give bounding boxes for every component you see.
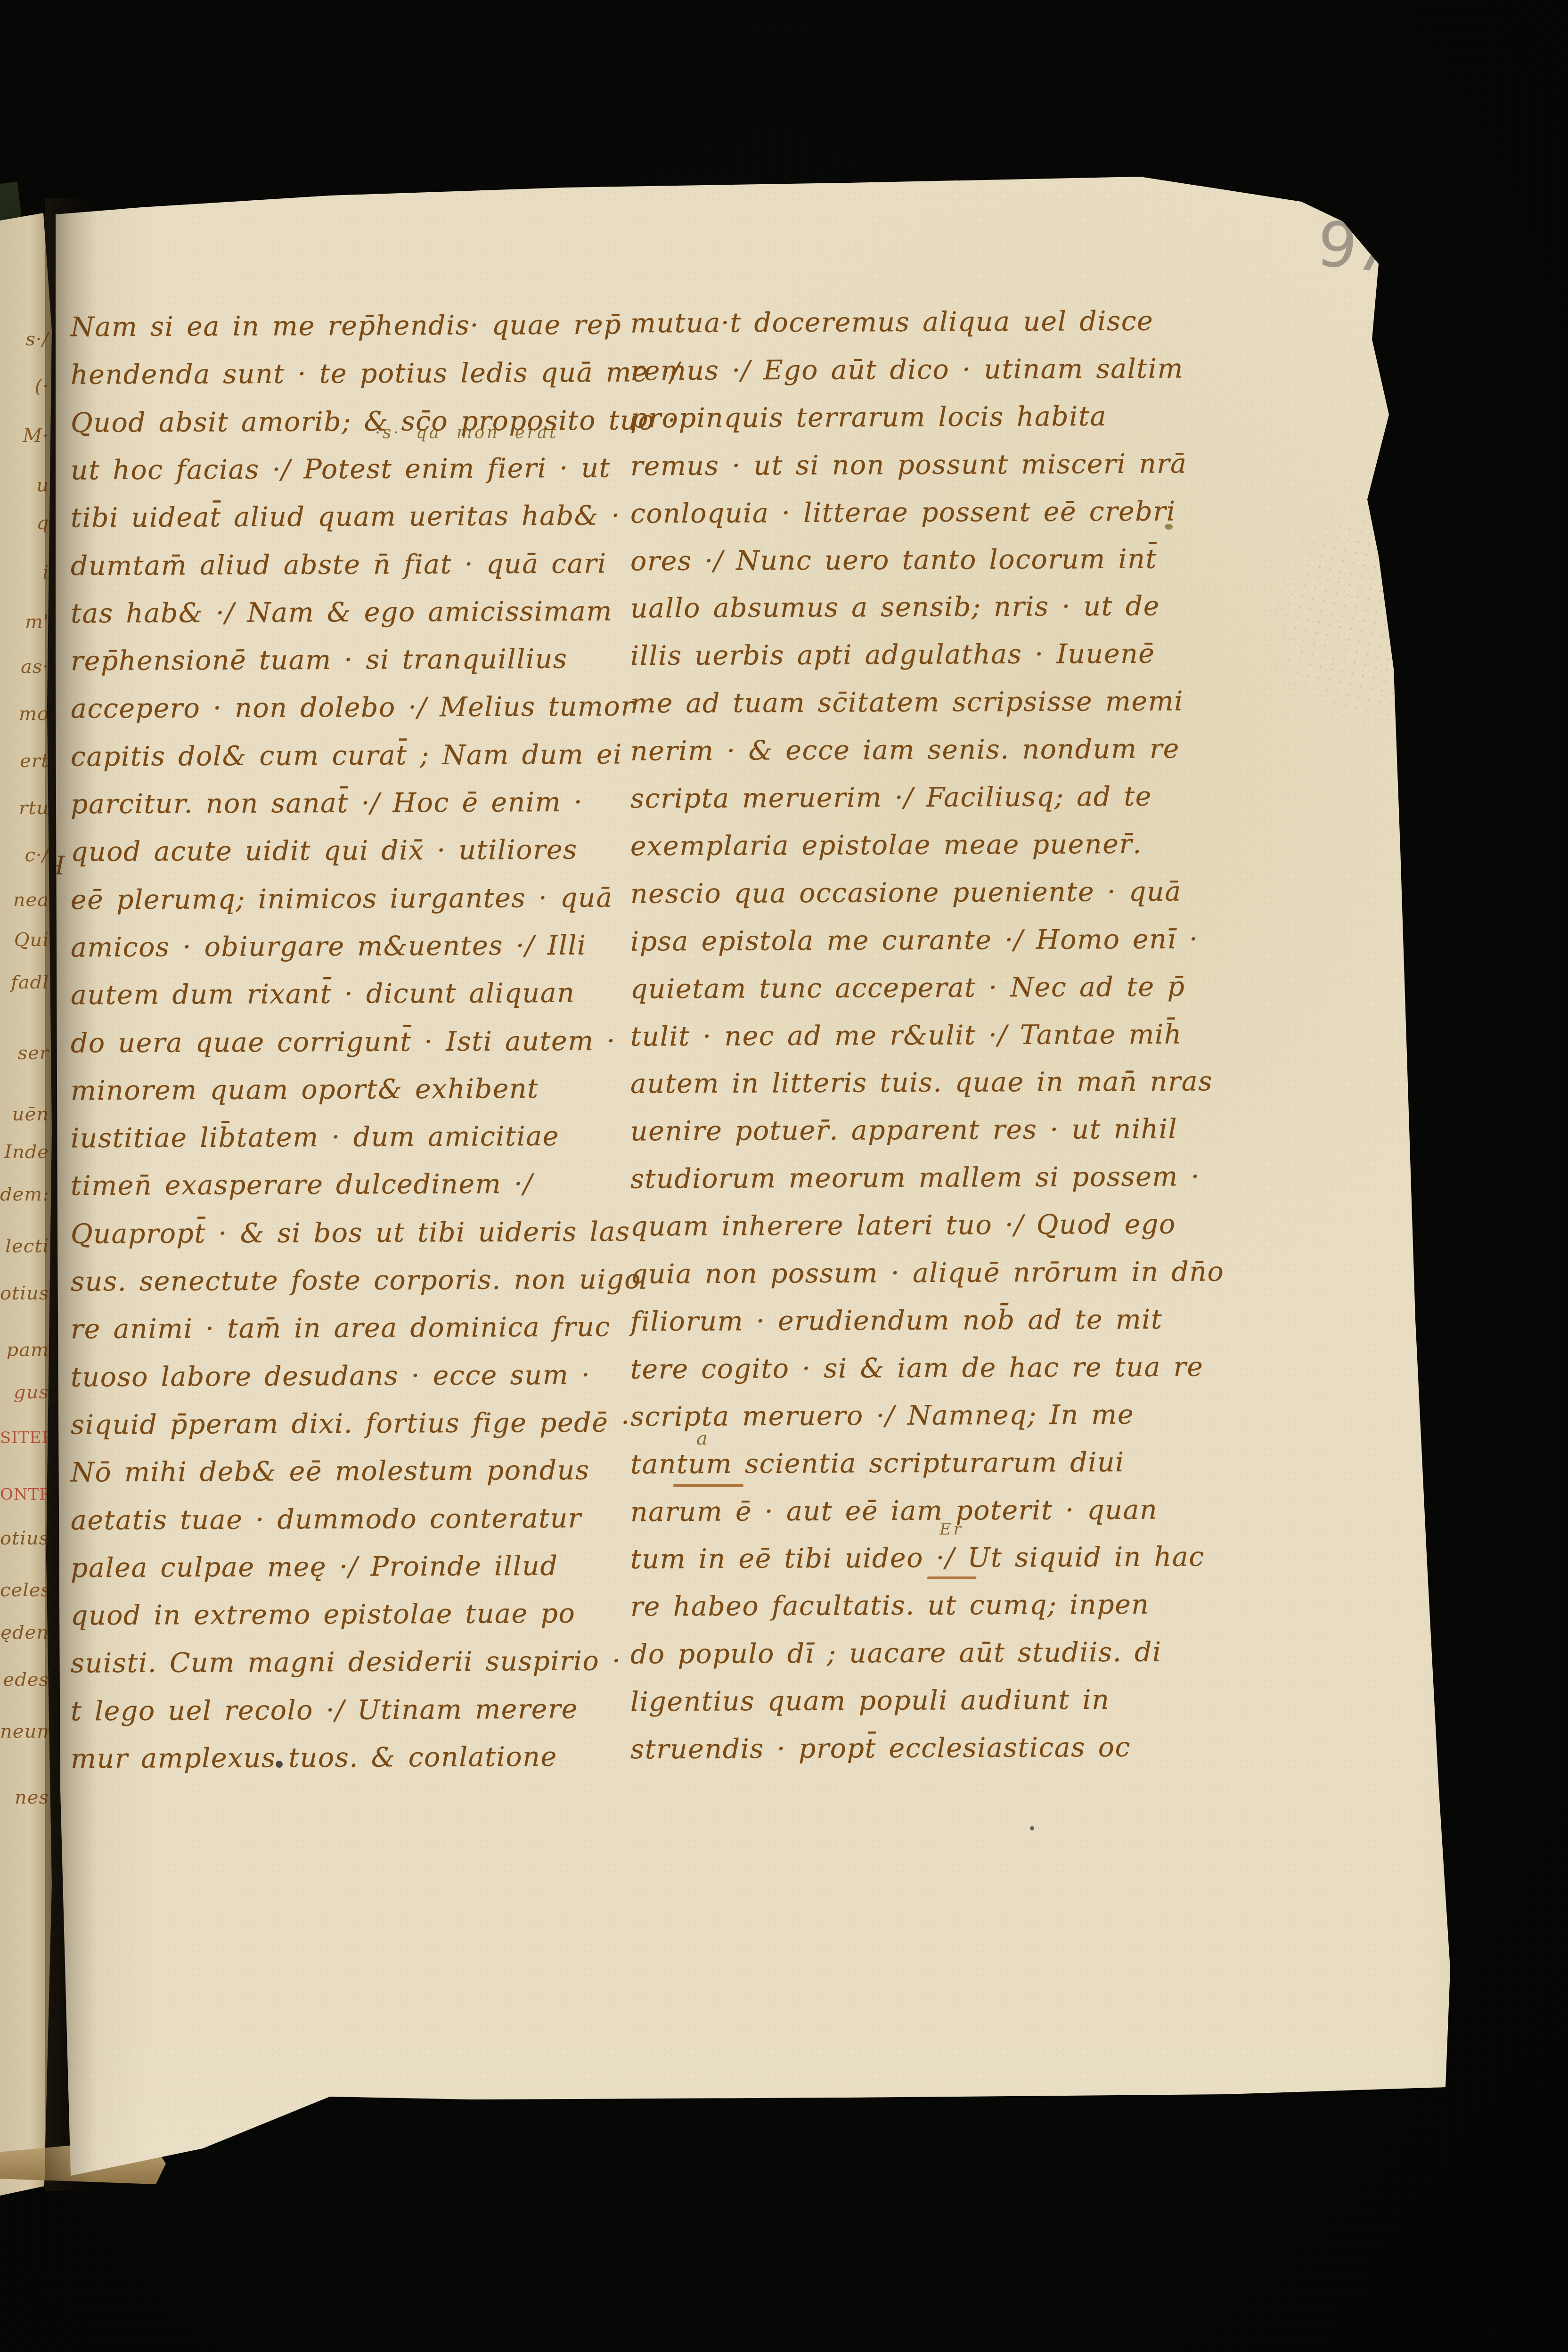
text-line-right-5: conloquia · litterae possent eē crebri xyxy=(630,498,1176,527)
text-line-left-5: tibi uideat̄ aliud quam ueritas hab& · xyxy=(71,502,621,531)
text-line-left-24: siquid p̄peram dixi. fortius fige pedē … xyxy=(71,1409,630,1438)
green-fleck xyxy=(1165,524,1173,530)
binding-fragment-2: (· xyxy=(0,377,49,396)
binding-fragment-3: M· xyxy=(0,426,49,445)
text-line-right-8: illis uerbis apti adgulathas · Iuuenē xyxy=(630,641,1155,670)
binding-fragment-5: q xyxy=(0,514,49,532)
text-line-left-27: palea culpae meę ·/ Proinde illud xyxy=(71,1553,558,1582)
text-line-left-4: ut hoc facias ·/ Potest enim fieri · ut xyxy=(71,455,611,484)
text-line-left-15: autem dum rixant̄ · dicunt aliquan xyxy=(71,980,575,1009)
binding-fragment-1: s·/ xyxy=(0,330,49,349)
binding-fragment-7: m' xyxy=(0,612,49,631)
folio-number: 97 xyxy=(1314,207,1394,287)
text-line-right-28: re habeo facultatis. ut cumq; inpen xyxy=(630,1592,1150,1621)
binding-fragment-11: rtu xyxy=(0,799,49,817)
text-line-left-17: minorem quam oport& exhibent xyxy=(71,1076,539,1104)
binding-fragment-14: Qui xyxy=(0,931,49,949)
text-line-right-7: uallo absumus a sensib; nris · ut de xyxy=(630,593,1160,622)
text-line-right-25: tantum scientia scripturarum diui xyxy=(630,1449,1125,1478)
binding-fragment-16: ser xyxy=(0,1044,49,1062)
binding-fragment-21: otius xyxy=(0,1284,49,1303)
text-line-left-21: sus. senectute foste corporis. non uigo xyxy=(71,1266,641,1295)
text-line-left-14: amicos · obiurgare m&uentes ·/ Illi xyxy=(71,932,587,962)
text-line-left-20: Quapropt̄ · & si bos ut tibi uideris las xyxy=(71,1218,630,1248)
text-line-left-1: Nam si ea in me rep̄hendis· quae rep̄ xyxy=(71,311,621,341)
text-line-left-10: capitis dol& cum curat̄ ; Nam dum ei xyxy=(71,741,622,770)
text-line-left-23: tuoso labore desudans · ecce sum · xyxy=(71,1362,591,1391)
text-line-left-9: accepero · non dolebo ·/ Melius tumor xyxy=(71,693,634,722)
binding-fragment-18: Inde xyxy=(0,1143,49,1161)
binding-fragment-22: pam xyxy=(0,1340,49,1359)
text-line-right-20: quam inherere lateri tuo ·/ Quod ego xyxy=(630,1211,1176,1240)
binding-fragment-23: gus xyxy=(0,1383,49,1402)
text-line-right-29: do populo dī ; uacare aūt studiis. di xyxy=(630,1639,1162,1668)
text-line-right-2: remus ·/ Ego aūt dico · utinam saltim xyxy=(630,355,1184,384)
text-line-right-6: ores ·/ Nunc uero tanto locorum int̄ xyxy=(630,546,1157,575)
text-line-right-19: studiorum meorum mallem si possem · xyxy=(630,1163,1200,1192)
text-line-right-23: tere cogito · si & iam de hac re tua re xyxy=(630,1354,1204,1383)
binding-fragment-20: lecti xyxy=(0,1237,49,1256)
text-line-left-18: iustitiae lib̄tatem · dum amicitiae xyxy=(71,1123,559,1152)
text-line-right-12: exemplaria epistolae meae puener̄. xyxy=(630,831,1142,860)
manuscript-photo: { "document": { "kind": "carolingian-man… xyxy=(0,0,1568,2352)
text-line-left-30: t lego uel recolo ·/ Utinam merere xyxy=(71,1696,578,1725)
text-line-right-4: remus · ut si non possunt misceri nrā xyxy=(630,450,1187,480)
text-line-left-16: do uera quae corrigunt̄ · Isti autem · xyxy=(71,1028,616,1057)
text-line-left-12: quod acute uidit qui dix̄ · utiliores xyxy=(71,837,578,866)
text-line-right-9: me ad tuam sc̄itatem scripsisse memi xyxy=(630,688,1184,717)
interlinear-correction-a: a xyxy=(696,1428,710,1449)
interlinear-correction-er: Er xyxy=(939,1520,964,1539)
text-line-right-14: ipsa epistola me curante ·/ Homo enī · xyxy=(630,926,1199,955)
text-line-left-13: eē plerumq; inimicos iurgantes · quā xyxy=(71,884,613,914)
binding-fragment-17: uēn xyxy=(0,1105,49,1124)
binding-fragment-24: SITERV xyxy=(0,1430,49,1446)
text-line-right-3: propinquis terrarum locis habita xyxy=(630,403,1107,432)
text-line-left-28: quod in extremo epistolae tuae po xyxy=(71,1601,575,1630)
text-line-left-11: parcitur. non sanat̄ ·/ Hoc ē enim · xyxy=(71,789,583,818)
binding-fragment-4: u xyxy=(0,476,49,495)
binding-fragment-19: dem: xyxy=(0,1185,49,1204)
text-line-left-2: hendenda sunt · te potius ledis quā me … xyxy=(71,359,680,389)
text-line-left-8: rep̄hensionē tuam · si tranquillius xyxy=(71,646,568,675)
correction-underline xyxy=(673,1484,743,1487)
follicle-texture xyxy=(1162,400,1568,834)
previous-folio-edge: s·/(·M·uqim'as·moertrtuc·/neaQuifadlseru… xyxy=(0,203,53,2196)
text-line-right-17: autem in litteris tuis. quae in man̄ nra… xyxy=(630,1068,1213,1097)
text-line-left-22: re animi · tam̄ in area dominica fruc xyxy=(71,1314,611,1343)
text-line-right-24: scripta meruero ·/ Namneq; In me xyxy=(630,1402,1134,1431)
binding-fragment-28: ęden xyxy=(0,1623,49,1642)
text-line-left-25: Nō mihi deb& eē molestum pondus xyxy=(71,1457,590,1486)
correction-underline xyxy=(927,1576,976,1579)
binding-fragment-9: mo xyxy=(0,704,49,723)
text-line-right-15: quietam tunc acceperat · Nec ad te p̄ xyxy=(630,973,1185,1003)
text-line-right-31: struendis · propt̄ ecclesiasticas oc xyxy=(630,1734,1131,1764)
text-line-right-1: mutua·t doceremus aliqua uel disce xyxy=(630,308,1153,337)
binding-fragment-31: nes xyxy=(0,1788,49,1807)
binding-fragment-13: nea xyxy=(0,890,49,909)
text-line-left-6: dumtam̄ aliud abste n̄ fiat · quā cari xyxy=(71,551,607,580)
text-line-right-10: nerim · & ecce iam senis. nondum re xyxy=(630,735,1180,765)
text-line-left-3: Quod absit amorib; & sc̄o proposito tuo … xyxy=(71,407,677,437)
text-line-left-31: mur amplexus tuos. & conlatione xyxy=(71,1744,557,1773)
text-line-right-18: uenire potuer̄. apparent res · ut nihil xyxy=(630,1116,1177,1145)
binding-fragment-8: as· xyxy=(0,657,49,676)
text-line-left-26: aetatis tuae · dummodo conteratur xyxy=(71,1505,582,1535)
binding-fragment-26: otius xyxy=(0,1529,49,1548)
binding-fragment-27: celesi xyxy=(0,1581,49,1600)
binding-fragment-12: c·/ xyxy=(0,846,49,865)
text-line-left-29: suisti. Cum magni desiderii suspirio · xyxy=(71,1648,621,1677)
text-line-right-26: narum ē · aut eē iam poterit · quan xyxy=(630,1497,1158,1526)
text-line-right-30: ligentius quam populi audiunt in xyxy=(630,1687,1110,1715)
text-line-right-21: quia non possum · aliquē nrōrum in dn̄… xyxy=(630,1258,1225,1288)
binding-fragment-30: neum· xyxy=(0,1722,49,1741)
text-line-right-22: filiorum · erudiendum nob̄ ad te mit xyxy=(630,1307,1163,1336)
small-speck xyxy=(1030,1826,1034,1830)
text-line-left-19: timen̄ exasperare dulcedinem ·/ xyxy=(71,1171,533,1200)
binding-fragment-29: edes xyxy=(0,1670,49,1689)
binding-fragment-25: ONTRI xyxy=(0,1486,49,1503)
text-line-right-13: nescio qua occasione pueniente · quā xyxy=(630,878,1182,907)
parchment-page: 97 ·s· qa mon erat Ч Nam si ea in me rep… xyxy=(0,0,1568,2352)
binding-fragment-6: i xyxy=(0,563,49,582)
text-line-right-11: scripta meruerim ·/ Faciliusq; ad te xyxy=(630,784,1152,813)
text-line-right-16: tulit · nec ad me r&ulit ·/ Tantae mih̄ xyxy=(630,1021,1182,1050)
text-line-left-7: tas hab& ·/ Nam & ego amicissimam xyxy=(71,598,612,627)
text-line-right-27: tum in eē tibi uideo ·/ Ut siquid in ha… xyxy=(630,1543,1205,1573)
ink-blot xyxy=(276,1761,283,1768)
binding-fragment-10: ert xyxy=(0,751,49,770)
binding-fragment-15: fadl xyxy=(0,973,49,992)
